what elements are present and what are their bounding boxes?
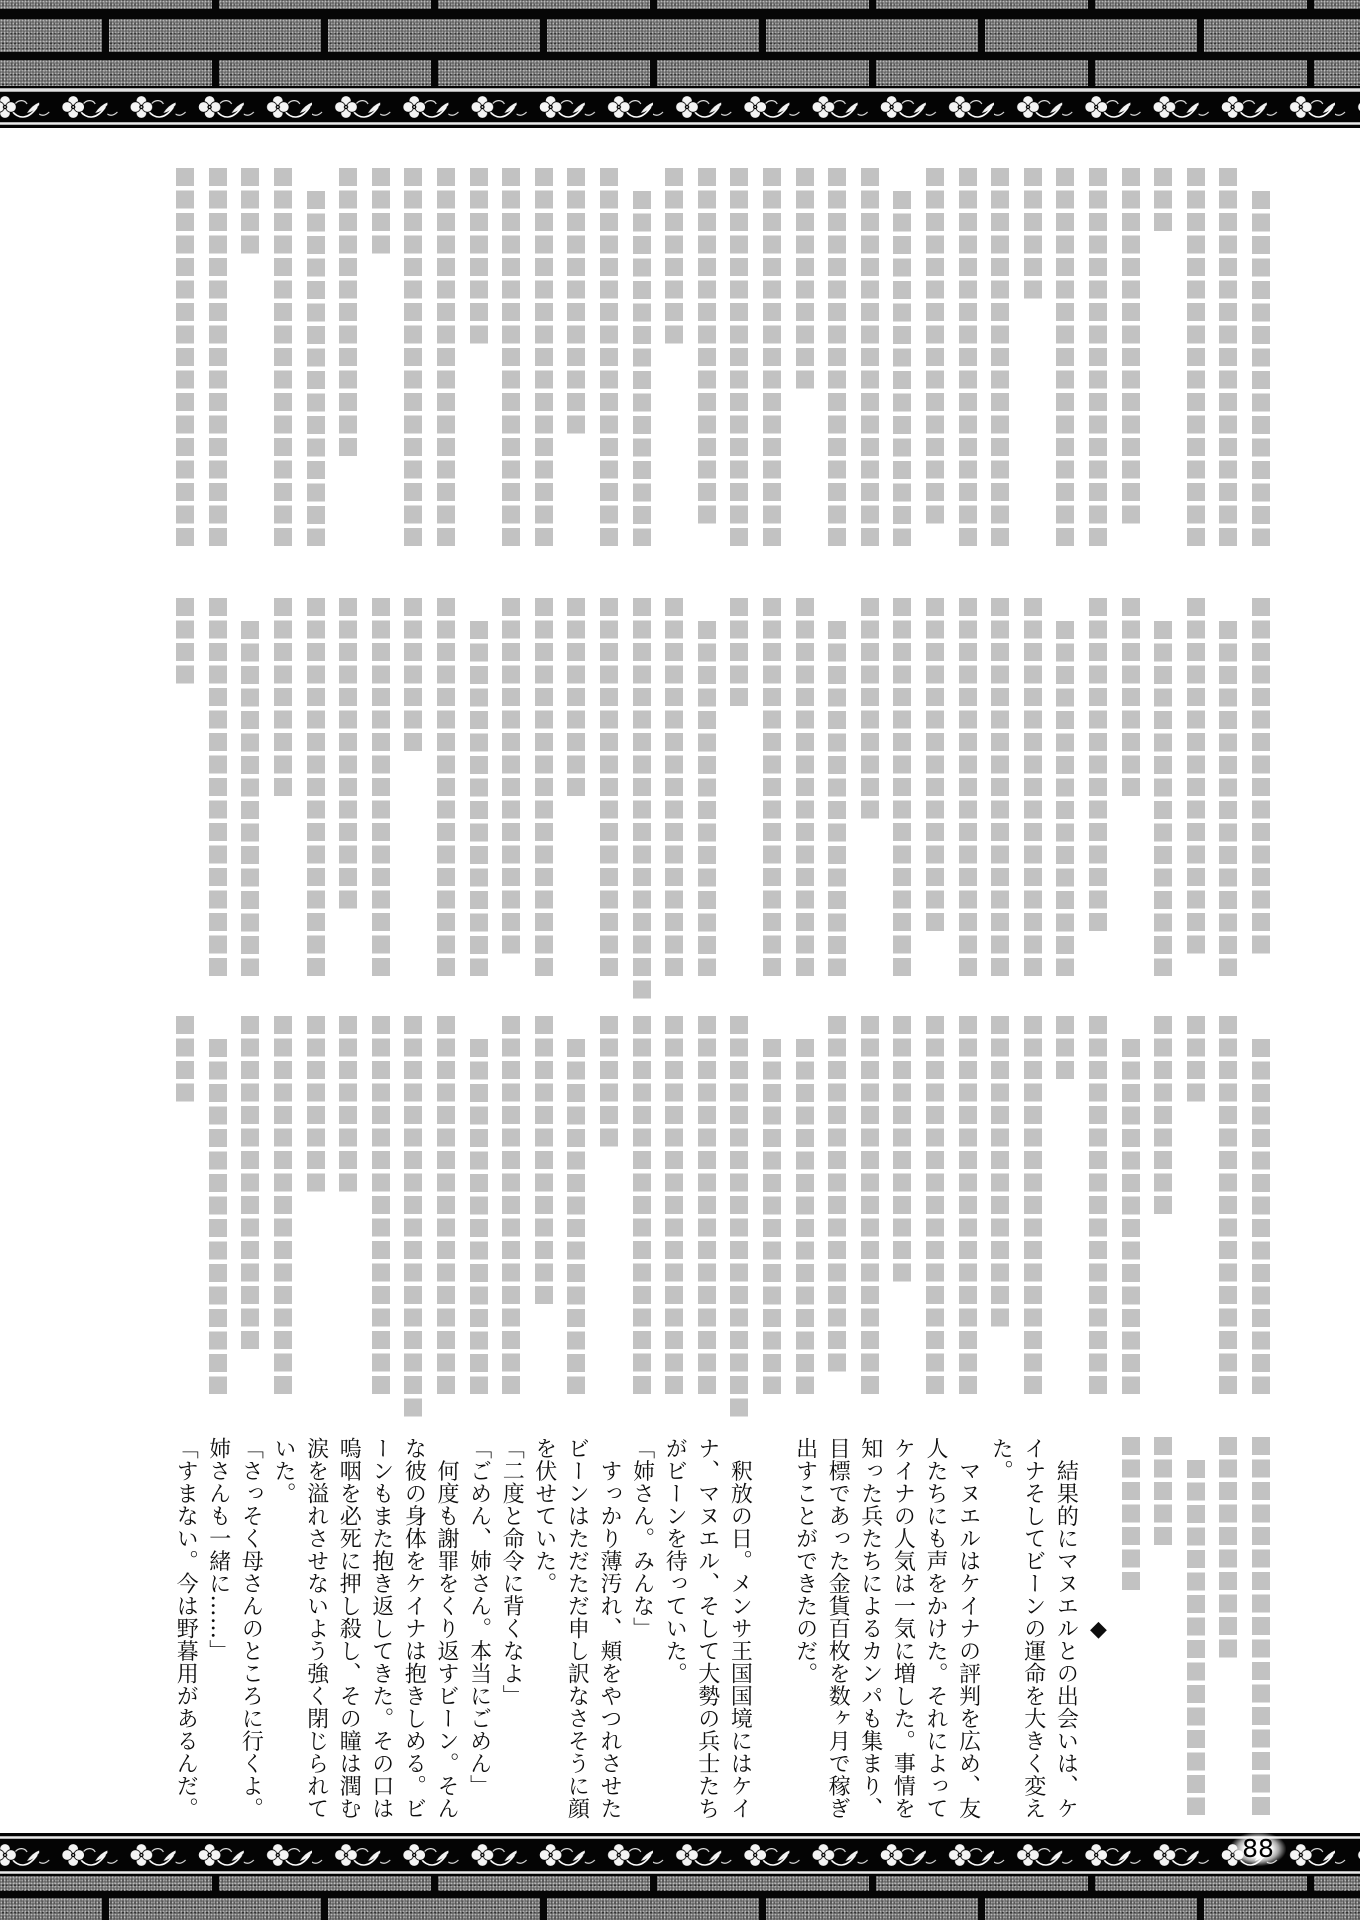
redacted-column <box>858 1016 882 1408</box>
redacted-column <box>238 598 262 990</box>
redaction-bar <box>1154 168 1172 231</box>
text-tier <box>0 598 1360 990</box>
redaction-bar <box>959 168 977 546</box>
redaction-bar <box>828 621 846 977</box>
redacted-column <box>532 598 556 990</box>
redacted-column <box>988 1016 1012 1408</box>
redaction-bar <box>633 191 651 547</box>
text-column: 出すことができたのだ。 <box>793 1437 817 1829</box>
redaction-bar <box>796 598 814 976</box>
redacted-column <box>597 1016 621 1408</box>
redaction-bar <box>763 1039 781 1395</box>
redaction-bar <box>437 1016 455 1394</box>
text-column: いた。 <box>271 1437 295 1829</box>
redacted-column <box>564 598 588 990</box>
redaction-bar <box>274 1016 292 1394</box>
redaction-bar <box>861 598 879 819</box>
redaction-bar <box>698 621 716 977</box>
ornamental-border-top <box>0 86 1360 128</box>
redacted-column <box>1086 168 1110 560</box>
redaction-bar <box>1024 1016 1042 1394</box>
redaction-bar <box>926 598 944 931</box>
text-column: ーンもまた抱き返してきた。その口は <box>369 1437 393 1829</box>
redaction-bar <box>176 598 194 684</box>
scene-break-diamond: ◆ <box>1086 1437 1110 1829</box>
redacted-column <box>825 598 849 990</box>
text-column: た。 <box>988 1437 1012 1829</box>
redaction-bar <box>796 168 814 389</box>
redaction-bar <box>1252 1039 1270 1395</box>
text-column: マヌエルはケイナの評判を広め、友 <box>956 1437 980 1829</box>
redacted-column <box>1151 1016 1175 1408</box>
redacted-column <box>760 1016 784 1408</box>
redacted-column <box>793 168 817 560</box>
redaction-bar <box>567 168 585 434</box>
redaction-bar <box>959 598 977 976</box>
redaction-bar <box>600 598 618 976</box>
text-column: な彼の身体をケイナは抱きしめる。ビ <box>401 1437 425 1829</box>
redacted-column <box>271 168 295 560</box>
redacted-column <box>336 598 360 990</box>
redaction-bar <box>1219 1437 1237 1658</box>
redacted-column <box>434 598 458 990</box>
text-column: 「さっそく母さんのところに行くよ。 <box>238 1437 262 1829</box>
redacted-column <box>499 598 523 990</box>
redaction-bar <box>698 168 716 524</box>
redaction-bar <box>372 168 390 254</box>
redacted-column <box>695 1016 719 1408</box>
redacted-column <box>1249 1437 1273 1829</box>
redaction-bar <box>1252 1437 1270 1815</box>
text-column: 目標であった金貨百枚を数ヶ月で稼ぎ <box>825 1437 849 1829</box>
redaction-bar <box>502 598 520 954</box>
redacted-column <box>630 598 654 990</box>
text-tier: ◆ 結果的にマヌエルとの出会いは、ケイナそしてビーンの運命を大きく変えた。 マヌ… <box>0 1437 1360 1829</box>
redaction-bar <box>404 168 422 546</box>
text-column: がビーンを待っていた。 <box>662 1437 686 1829</box>
redacted-column <box>1216 1437 1240 1829</box>
redacted-column <box>1216 598 1240 990</box>
redaction-bar <box>1056 1016 1074 1079</box>
redaction-bar <box>339 598 357 909</box>
redacted-column <box>1184 598 1208 990</box>
redaction-bar <box>1056 168 1074 546</box>
text-column: 姉さんも一緒に……」 <box>206 1437 230 1829</box>
redacted-column <box>401 1016 425 1408</box>
brick-row <box>0 1898 1360 1920</box>
redacted-column <box>890 168 914 560</box>
redaction-bar <box>1122 1039 1140 1395</box>
text-column: すっかり薄汚れ、頬をやつれさせた <box>597 1437 621 1829</box>
redaction-bar <box>1252 598 1270 954</box>
redaction-bar <box>209 168 227 546</box>
redacted-column <box>532 1016 556 1408</box>
redacted-column <box>727 168 751 560</box>
brick-row <box>0 0 1360 9</box>
text-column: 釈放の日。メンサ王国国境にはケイ <box>727 1437 751 1829</box>
brick-row <box>0 1876 1360 1891</box>
redacted-column <box>238 1016 262 1408</box>
redacted-column <box>890 1016 914 1408</box>
redaction-bar <box>861 1016 879 1394</box>
redacted-column <box>173 168 197 560</box>
redacted-column <box>1119 598 1143 990</box>
redaction-bar <box>274 168 292 546</box>
redacted-column <box>858 168 882 560</box>
redaction-bar <box>633 1016 651 1394</box>
redacted-column <box>1021 168 1045 560</box>
redacted-column <box>1119 168 1143 560</box>
text-column: 結果的にマヌエルとの出会いは、ケ <box>1053 1437 1077 1829</box>
redaction-bar <box>502 168 520 546</box>
text-column: を伏せていた。 <box>532 1437 556 1829</box>
redaction-bar <box>404 598 422 751</box>
redaction-bar <box>1056 621 1074 977</box>
redaction-bar <box>470 621 488 977</box>
redacted-column <box>760 598 784 990</box>
redaction-bar <box>241 621 259 977</box>
redacted-column <box>988 168 1012 560</box>
redacted-column <box>499 1016 523 1408</box>
redaction-bar <box>893 191 911 547</box>
text-column: 人たちにも声をかけた。それによって <box>923 1437 947 1829</box>
redacted-column <box>1053 598 1077 990</box>
redaction-bar <box>209 1039 227 1395</box>
redacted-column <box>1249 1016 1273 1408</box>
redacted-column <box>564 1016 588 1408</box>
text-column: 知った兵たちによるカンパも集まり、 <box>858 1437 882 1829</box>
redacted-column <box>890 598 914 990</box>
brick-row <box>0 60 1360 87</box>
border-line <box>0 1871 1360 1874</box>
redaction-bar <box>828 168 846 546</box>
redaction-bar <box>926 168 944 524</box>
redacted-column <box>369 598 393 990</box>
redacted-column <box>988 598 1012 990</box>
redaction-bar <box>176 168 194 546</box>
redacted-column <box>662 168 686 560</box>
redaction-bar <box>437 598 455 976</box>
redacted-column <box>630 1016 654 1408</box>
text-column: 嗚咽を必死に押し殺し、その瞳は潤む <box>336 1437 360 1829</box>
brick-row <box>0 19 1360 52</box>
redacted-column <box>727 598 751 990</box>
redacted-column <box>173 598 197 990</box>
text-column: ナ、マヌエル、そして大勢の兵士たち <box>695 1437 719 1829</box>
redaction-bar <box>1154 1016 1172 1214</box>
text-column: 「姉さん。みんな」 <box>630 1437 654 1829</box>
redaction-bar <box>893 1016 911 1282</box>
redaction-bar <box>763 168 781 546</box>
redaction-bar <box>339 168 357 456</box>
redacted-column <box>825 168 849 560</box>
redacted-column <box>467 1016 491 1408</box>
redaction-bar <box>1187 168 1205 546</box>
redacted-column <box>760 168 784 560</box>
redaction-bar <box>241 168 259 254</box>
redaction-bar <box>502 1016 520 1394</box>
redaction-bar <box>1219 1016 1237 1394</box>
redacted-column <box>1086 1016 1110 1408</box>
redacted-column <box>956 598 980 990</box>
brick-wall-top <box>0 0 1360 88</box>
redaction-bar <box>241 1016 259 1349</box>
redacted-column <box>1053 1016 1077 1408</box>
redaction-bar <box>730 1016 748 1417</box>
redacted-column <box>597 598 621 990</box>
redacted-column <box>1216 168 1240 560</box>
text-column: 「二度と命令に背くなよ」 <box>499 1437 523 1829</box>
ornamental-border-bottom <box>0 1833 1360 1876</box>
redacted-column <box>434 1016 458 1408</box>
redaction-bar <box>828 1016 846 1372</box>
redaction-bar <box>535 168 553 546</box>
redacted-column <box>369 168 393 560</box>
page-number: 88 <box>1230 1832 1286 1866</box>
redaction-bar <box>730 598 748 706</box>
redaction-bar <box>1089 1016 1107 1394</box>
redacted-column <box>1021 598 1045 990</box>
redaction-bar <box>372 1016 390 1394</box>
floral-vine-ornament <box>0 1840 1360 1870</box>
redaction-bar <box>307 598 325 976</box>
redaction-bar <box>1122 168 1140 524</box>
redacted-column <box>401 168 425 560</box>
redaction-bar <box>698 1016 716 1394</box>
redacted-column <box>956 168 980 560</box>
redaction-bar <box>796 1039 814 1395</box>
redaction-bar <box>535 598 553 976</box>
redacted-column <box>1021 1016 1045 1408</box>
redacted-column <box>662 1016 686 1408</box>
redaction-bar <box>209 598 227 976</box>
redaction-bar <box>307 191 325 547</box>
redacted-column <box>304 1016 328 1408</box>
text-column: イナそしてビーンの運命を大きく変え <box>1021 1437 1045 1829</box>
border-line <box>0 1836 1360 1839</box>
redacted-column <box>858 598 882 990</box>
redaction-bar <box>600 168 618 546</box>
redaction-bar <box>600 1016 618 1147</box>
border-line <box>0 122 1360 125</box>
redacted-column <box>499 168 523 560</box>
redaction-bar <box>991 598 1009 976</box>
redacted-column <box>1184 1437 1208 1829</box>
redaction-bar <box>1252 191 1270 547</box>
redacted-column <box>956 1016 980 1408</box>
redacted-column <box>336 1016 360 1408</box>
redacted-column <box>467 168 491 560</box>
redacted-column <box>336 168 360 560</box>
redacted-column <box>662 598 686 990</box>
redaction-bar <box>1219 621 1237 977</box>
text-column: 「ごめん、姉さん。本当にごめん」 <box>467 1437 491 1829</box>
redaction-bar <box>274 598 292 796</box>
redaction-bar <box>1187 1016 1205 1102</box>
redacted-column <box>238 168 262 560</box>
redaction-bar <box>1089 168 1107 546</box>
redacted-column <box>793 1016 817 1408</box>
text-tier <box>0 168 1360 560</box>
redacted-column <box>173 1016 197 1408</box>
redacted-column <box>727 1016 751 1408</box>
redaction-bar <box>861 168 879 546</box>
redacted-column <box>1053 168 1077 560</box>
redaction-bar <box>1154 621 1172 977</box>
redaction-bar <box>470 1039 488 1395</box>
floral-vine-ornament <box>0 92 1360 122</box>
redaction-bar <box>991 168 1009 546</box>
redacted-column <box>369 1016 393 1408</box>
redacted-column <box>1151 1437 1175 1829</box>
redacted-column <box>434 168 458 560</box>
redacted-column <box>923 168 947 560</box>
redacted-column <box>206 1016 230 1408</box>
redaction-bar <box>665 1016 683 1394</box>
redaction-bar <box>893 598 911 976</box>
redacted-column <box>1216 1016 1240 1408</box>
redaction-bar <box>1024 598 1042 976</box>
redacted-column <box>1151 598 1175 990</box>
redacted-column <box>1151 168 1175 560</box>
redaction-bar <box>307 1016 325 1192</box>
redacted-column <box>923 1016 947 1408</box>
redaction-bar <box>1219 168 1237 546</box>
redacted-column <box>564 168 588 560</box>
redacted-column <box>206 598 230 990</box>
text-column: 「すまない。今は野暮用があるんだ。 <box>173 1437 197 1829</box>
redacted-column <box>1184 1016 1208 1408</box>
redacted-column <box>1249 598 1273 990</box>
redaction-bar <box>372 598 390 976</box>
redacted-column <box>206 168 230 560</box>
redacted-column <box>271 1016 295 1408</box>
redacted-column <box>304 168 328 560</box>
redaction-bar <box>633 598 651 999</box>
redaction-bar <box>404 1016 422 1417</box>
redacted-column <box>401 598 425 990</box>
text-tier <box>0 1016 1360 1408</box>
redaction-bar <box>470 168 488 344</box>
redaction-bar <box>437 168 455 546</box>
redacted-column <box>1184 168 1208 560</box>
redaction-bar <box>1122 1437 1140 1590</box>
redacted-column <box>1119 1437 1143 1829</box>
redaction-bar <box>1122 598 1140 796</box>
redacted-column <box>1119 1016 1143 1408</box>
text-column: ケイナの人気は一気に増した。事情を <box>890 1437 914 1829</box>
redaction-bar <box>176 1016 194 1102</box>
text-column: 何度も謝罪をくり返すビーン。そん <box>434 1437 458 1829</box>
redacted-column <box>304 598 328 990</box>
text-column: 涙を溢れさせないよう強く閉じられて <box>304 1437 328 1829</box>
redacted-column <box>467 598 491 990</box>
redacted-column <box>825 1016 849 1408</box>
redaction-bar <box>1187 598 1205 954</box>
redaction-bar <box>665 598 683 976</box>
redaction-bar <box>926 1016 944 1394</box>
text-column: ビーンはただただ申し訳なさそうに顔 <box>564 1437 588 1829</box>
redacted-column <box>695 168 719 560</box>
redaction-bar <box>991 1016 1009 1327</box>
redacted-column <box>597 168 621 560</box>
redacted-column <box>793 598 817 990</box>
redaction-bar <box>567 1039 585 1395</box>
redacted-column <box>923 598 947 990</box>
blank-column <box>760 1437 784 1829</box>
redaction-bar <box>1089 598 1107 931</box>
redacted-column <box>630 168 654 560</box>
redacted-column <box>695 598 719 990</box>
redacted-column <box>1086 598 1110 990</box>
redaction-bar <box>665 168 683 344</box>
redaction-bar <box>959 1016 977 1394</box>
redaction-bar <box>1187 1460 1205 1816</box>
redaction-bar <box>535 1016 553 1304</box>
redaction-bar <box>1154 1437 1172 1545</box>
redacted-column <box>1249 168 1273 560</box>
redaction-bar <box>763 598 781 976</box>
redacted-column <box>532 168 556 560</box>
redacted-column <box>271 598 295 990</box>
redaction-bar <box>339 1016 357 1192</box>
redaction-bar <box>730 168 748 546</box>
redaction-bar <box>1024 168 1042 299</box>
brick-wall-bottom <box>0 1875 1360 1920</box>
redaction-bar <box>567 598 585 796</box>
